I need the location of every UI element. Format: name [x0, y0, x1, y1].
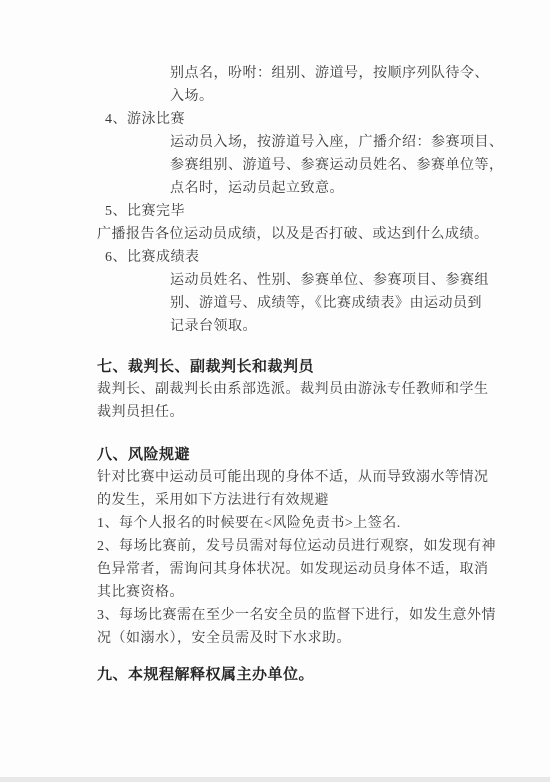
- page-bottom-edge: [0, 777, 550, 782]
- text-line: 别点名，吩咐：组别、游道号，按顺序列队待令、: [97, 62, 487, 85]
- text-line: 点名时，运动员起立致意。: [97, 177, 487, 200]
- text-line: 2、每场比赛前，发号员需对每位运动员进行观察，如发现有神: [97, 535, 487, 558]
- text-line: 针对比赛中运动员可能出现的身体不适，从而导致溺水等情况: [97, 466, 487, 489]
- text-line: 5、比赛完毕: [97, 200, 487, 223]
- text-line: 别、游道号、成绩等，《比赛成绩表》由运动员到: [97, 292, 487, 315]
- text-line: 运动员入场，按游道号入座，广播介绍：参赛项目、: [97, 131, 487, 154]
- section-heading: 八、风险规避: [97, 443, 487, 466]
- text-line: 运动员姓名、性别、参赛单位、参赛项目、参赛组: [97, 269, 487, 292]
- text-line: 广播报告各位运动员成绩，以及是否打破、或达到什么成绩。: [97, 223, 487, 246]
- text-line: 记录台领取。: [97, 315, 487, 338]
- text-line: 1、每个人报名的时候要在<风险免责书>上签名.: [97, 512, 487, 535]
- document-page: 别点名，吩咐：组别、游道号，按顺序列队待令、入场。4、游泳比赛运动员入场，按游道…: [0, 0, 550, 782]
- text-line: 4、游泳比赛: [97, 108, 487, 131]
- text-line: 入场。: [97, 85, 487, 108]
- text-line: 色异常者，需询问其身体状况。如发现运动员身体不适，取消: [97, 558, 487, 581]
- text-line: 其比赛资格。: [97, 581, 487, 604]
- text-line: 况（如溺水），安全员需及时下水求助。: [97, 627, 487, 650]
- document-text-column: 别点名，吩咐：组别、游道号，按顺序列队待令、入场。4、游泳比赛运动员入场，按游道…: [97, 62, 487, 686]
- section-heading: 九、本规程解释权属主办单位。: [97, 663, 487, 686]
- text-line: 裁判长、副裁判长由系部选派。裁判员由游泳专任教师和学生: [97, 378, 487, 401]
- text-line: 参赛组别、游道号、参赛运动员姓名、参赛单位等，: [97, 154, 487, 177]
- text-line: 3、每场比赛需在至少一名安全员的监督下进行，如发生意外情: [97, 604, 487, 627]
- text-line: 6、比赛成绩表: [97, 246, 487, 269]
- text-line: 的发生，采用如下方法进行有效规避: [97, 489, 487, 512]
- text-line: 裁判员担任。: [97, 401, 487, 424]
- section-heading: 七、裁判长、副裁判长和裁判员: [97, 355, 487, 378]
